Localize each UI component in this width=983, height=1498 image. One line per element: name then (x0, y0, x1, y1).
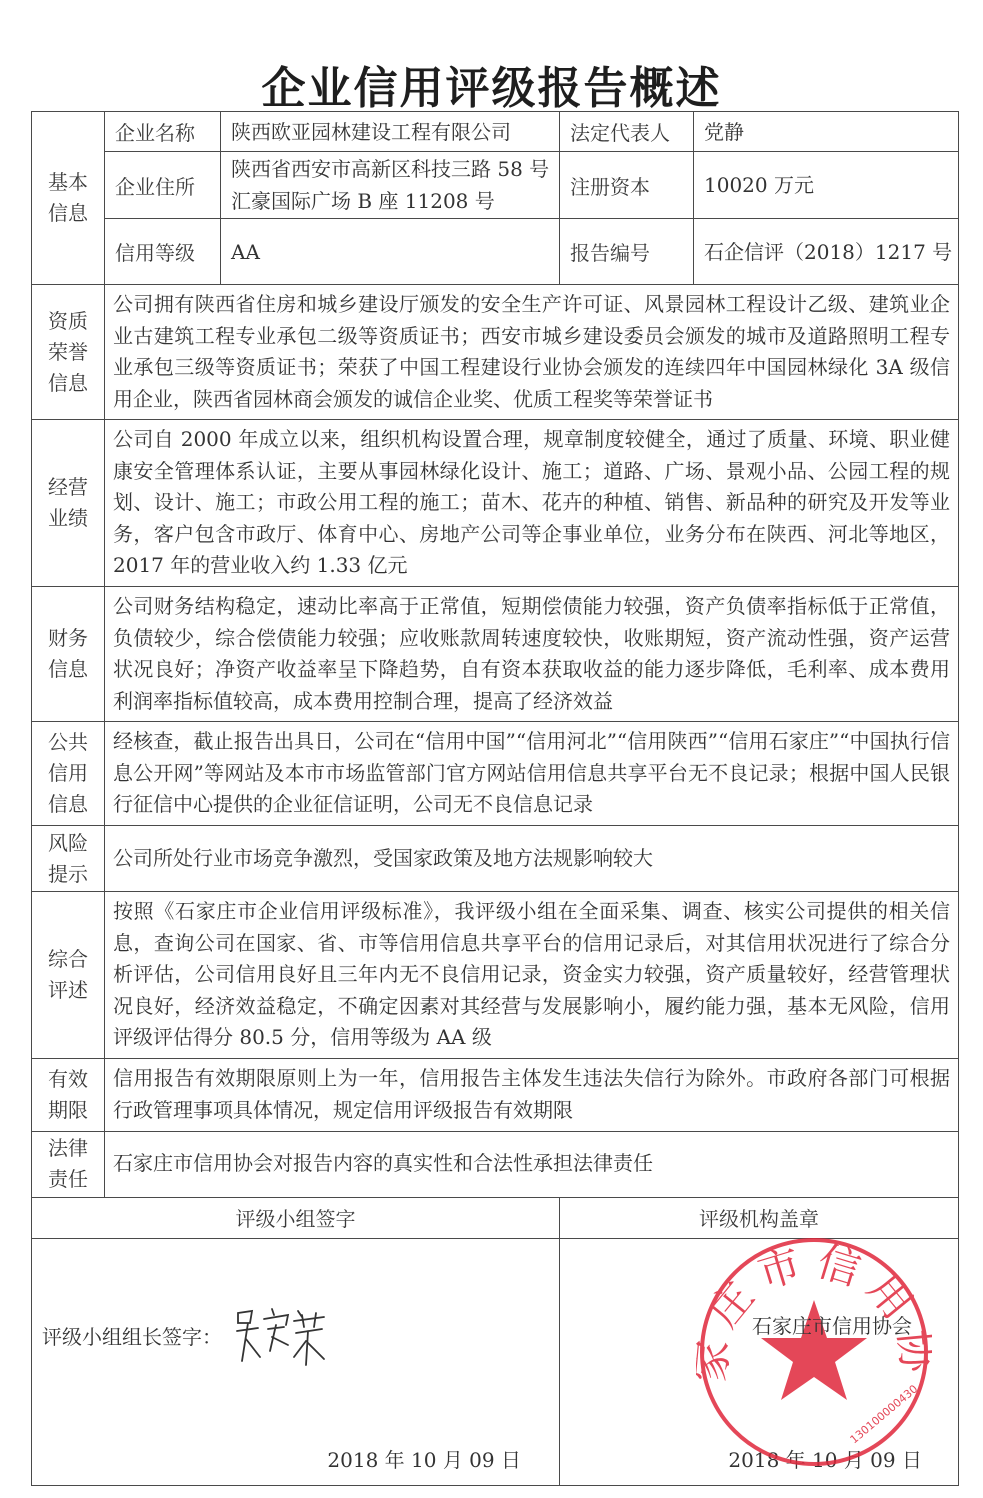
section-label: 法律责任 (32, 1131, 105, 1197)
section-row: 财务信息 公司财务结构稳定，速动比率高于正常值，短期偿债能力较强，资产负债率指标… (32, 587, 959, 722)
section-label-basic-info: 基本信息 (32, 112, 105, 285)
basic-row-rating: 信用等级 AA 报告编号 石企信评（2018）1217 号 (32, 219, 959, 285)
section-text-validity: 信用报告有效期限原则上为一年，信用报告主体发生违法失信行为除外。市政府各部门可根… (105, 1058, 959, 1131)
section-row: 风险提示 公司所处行业市场竞争激烈，受国家政策及地方法规影响较大 (32, 826, 959, 892)
rating-team-signature-cell: 评级小组组长签字： 2018 年 10 月 09 日 (32, 1238, 560, 1485)
section-text-legal-liability: 石家庄市信用协会对报告内容的真实性和合法性承担法律责任 (105, 1131, 959, 1197)
section-text-overall-review: 按照《石家庄市企业信用评级标准》，我评级小组在全面采集、调查、核实公司提供的相关… (105, 892, 959, 1059)
section-row: 有效期限 信用报告有效期限原则上为一年，信用报告主体发生违法失信行为除外。市政府… (32, 1058, 959, 1131)
label-report-number: 报告编号 (560, 219, 694, 285)
label-legal-rep: 法定代表人 (560, 112, 694, 152)
value-credit-rating: AA (221, 219, 560, 285)
handwritten-signature-icon (232, 1301, 332, 1371)
label-credit-rating: 信用等级 (105, 219, 221, 285)
section-label: 有效期限 (32, 1058, 105, 1131)
leader-signature-label: 评级小组组长签字： (42, 1321, 222, 1350)
value-legal-rep: 党静 (694, 112, 959, 152)
section-label: 公共信用信息 (32, 722, 105, 826)
official-seal-icon: 石家庄市信用协会 130100000430 (696, 1234, 932, 1470)
value-registered-capital: 10020 万元 (694, 152, 959, 219)
section-text-financial-info: 公司财务结构稳定，速动比率高于正常值，短期偿债能力较强，资产负债率指标低于正常值… (105, 587, 959, 722)
section-label: 资质荣誉信息 (32, 285, 105, 420)
section-text-business-performance: 公司自 2000 年成立以来，组织机构设置合理，规章制度较健全，通过了质量、环境… (105, 420, 959, 587)
document-title: 企业信用评级报告概述 (0, 52, 983, 116)
label-address: 企业住所 (105, 152, 221, 219)
label-registered-capital: 注册资本 (560, 152, 694, 219)
value-report-number: 石企信评（2018）1217 号 (694, 219, 959, 285)
section-text-risk-warning: 公司所处行业市场竞争激烈，受国家政策及地方法规影响较大 (105, 826, 959, 892)
rating-agency-name: 石家庄市信用协会 (752, 1310, 912, 1339)
section-label: 综合评述 (32, 892, 105, 1059)
basic-row-name: 基本信息 企业名称 陕西欧亚园林建设工程有限公司 法定代表人 党静 (32, 112, 959, 152)
label-company-name: 企业名称 (105, 112, 221, 152)
rating-agency-seal-header: 评级机构盖章 (560, 1197, 959, 1238)
section-row: 法律责任 石家庄市信用协会对报告内容的真实性和合法性承担法律责任 (32, 1131, 959, 1197)
section-label: 经营业绩 (32, 420, 105, 587)
section-text-public-credit: 经核查，截止报告出具日，公司在“信用中国”“信用河北”“信用陕西”“信用石家庄”… (105, 722, 959, 826)
value-address: 陕西省西安市高新区科技三路 58 号汇豪国际广场 B 座 11208 号 (221, 152, 560, 219)
signature-header-row: 评级小组签字 评级机构盖章 (32, 1197, 959, 1238)
section-row: 资质荣誉信息 公司拥有陕西省住房和城乡建设厅颁发的安全生产许可证、风景园林工程设… (32, 285, 959, 420)
value-company-name: 陕西欧亚园林建设工程有限公司 (221, 112, 560, 152)
section-text-qualifications: 公司拥有陕西省住房和城乡建设厅颁发的安全生产许可证、风景园林工程设计乙级、建筑业… (105, 285, 959, 420)
section-label: 财务信息 (32, 587, 105, 722)
section-label: 风险提示 (32, 826, 105, 892)
basic-row-address: 企业住所 陕西省西安市高新区科技三路 58 号汇豪国际广场 B 座 11208 … (32, 152, 959, 219)
leader-signature-date: 2018 年 10 月 09 日 (327, 1444, 521, 1473)
rating-team-signature-header: 评级小组签字 (32, 1197, 560, 1238)
section-row: 经营业绩 公司自 2000 年成立以来，组织机构设置合理，规章制度较健全，通过了… (32, 420, 959, 587)
section-row: 公共信用信息 经核查，截止报告出具日，公司在“信用中国”“信用河北”“信用陕西”… (32, 722, 959, 826)
section-row: 综合评述 按照《石家庄市企业信用评级标准》，我评级小组在全面采集、调查、核实公司… (32, 892, 959, 1059)
